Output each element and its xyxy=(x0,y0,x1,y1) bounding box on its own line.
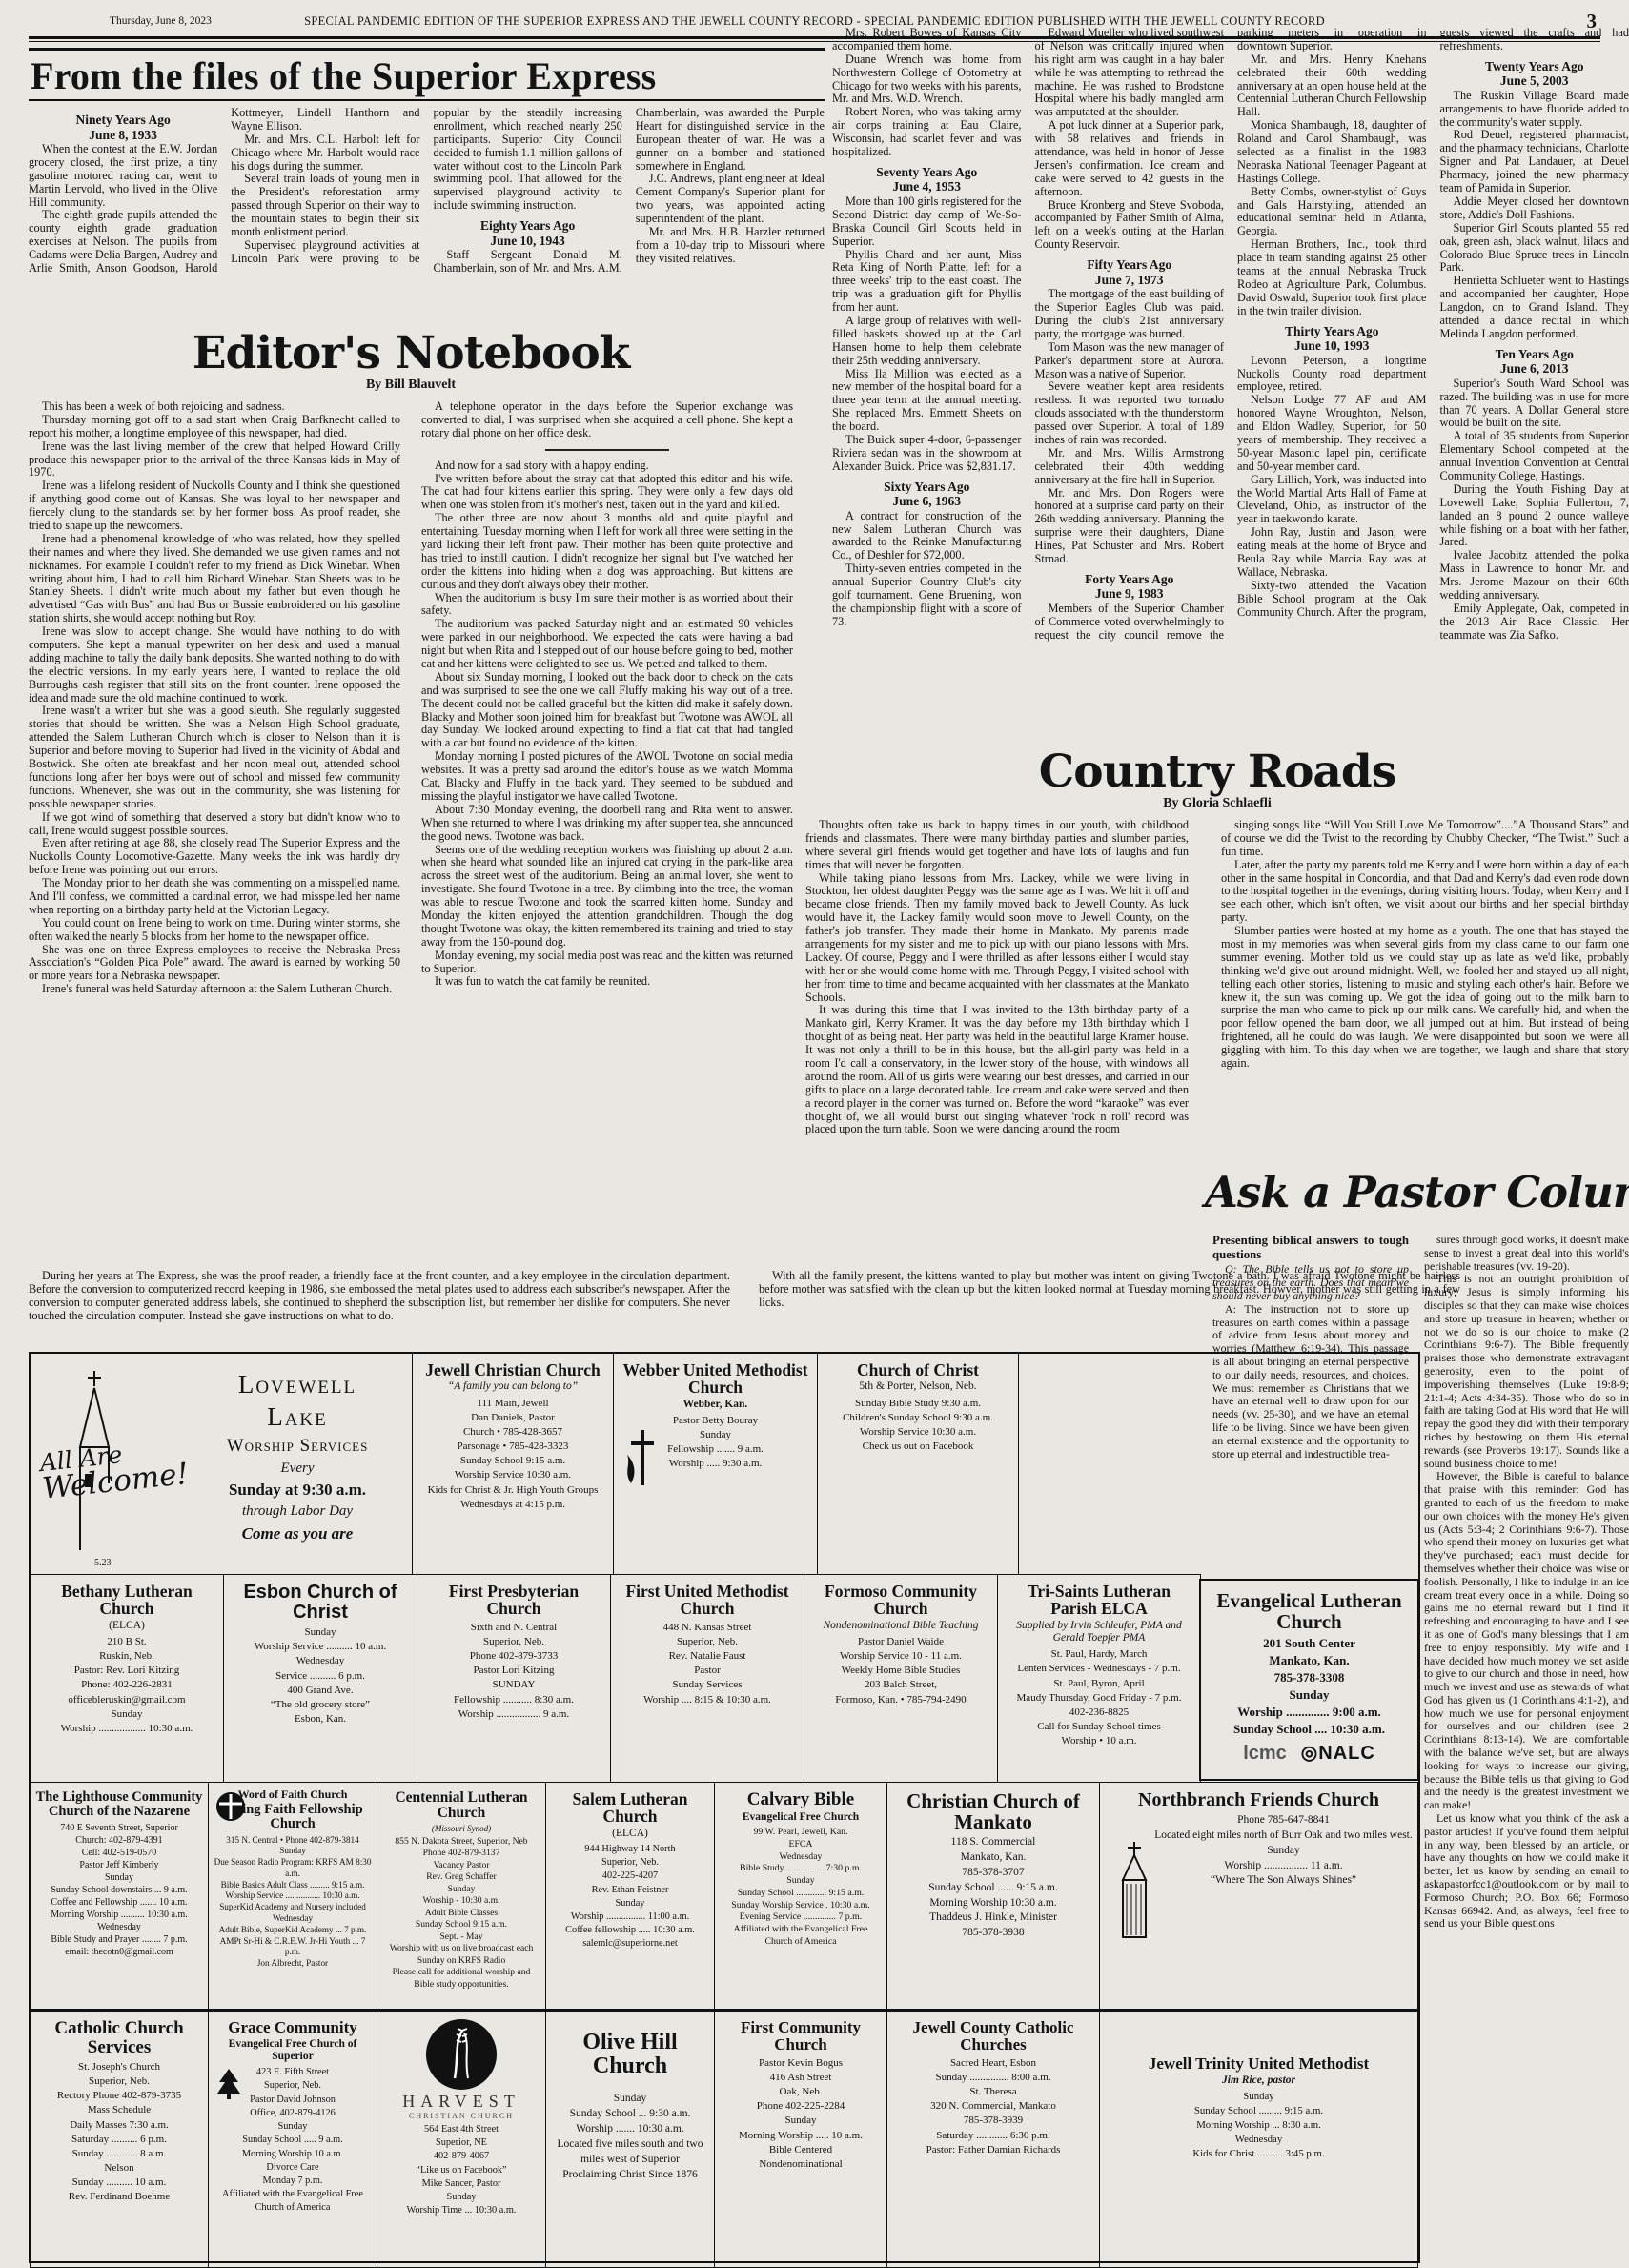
from-the-files-right-columns: Mrs. Robert Bowes of Kansas City accompa… xyxy=(832,27,1629,751)
church-ad-church-of-christ: Church of Christ 5th & Porter, Nelson, N… xyxy=(817,1353,1019,1575)
years-ago-section: Seventy Years Ago June 4, 1953 More than… xyxy=(832,165,1022,474)
church-ad-first-presbyterian: First Presbyterian Church Sixth and N. C… xyxy=(417,1574,611,1783)
church-ad-first-community: First Community Church Pastor Kevin Bogu… xyxy=(714,2011,887,2268)
years-ago-section: Twenty Years Ago June 5, 2003 The Ruskin… xyxy=(1440,59,1629,341)
ask-a-pastor-title: Ask a Pastor Column xyxy=(1205,1167,1629,1226)
years-ago-section: Fifty Years Ago June 7, 1973 The mortgag… xyxy=(1035,257,1225,566)
ask-a-pastor-column-2: sures through good works, it doesn't mak… xyxy=(1424,1234,1629,2246)
church-steeple-art: All Are Welcome! 5.23 xyxy=(35,1359,188,1570)
ad-row-2: Bethany Lutheran Church (ELCA) 210 B St.… xyxy=(31,1575,1418,1783)
from-the-files-headline: From the files of the Superior Express xyxy=(29,48,825,101)
church-directory-grid: All Are Welcome! 5.23 Lovewell Lake Wors… xyxy=(29,1352,1420,2263)
lovewell-name: Lovewell xyxy=(188,1369,407,1401)
country-roads-title: Country Roads xyxy=(805,749,1629,794)
church-ad-first-united-methodist: First United Methodist Church 448 N. Kan… xyxy=(610,1574,804,1783)
church-ad-jewell-christian: Jewell Christian Church “A family you ca… xyxy=(412,1353,614,1575)
church-ad-christian-church-mankato: Christian Church of Mankato 118 S. Comme… xyxy=(886,1782,1100,2010)
editors-notebook-article: Editor's Notebook By Bill Blauvelt This … xyxy=(29,331,793,1267)
pastor-question: Q: The Bible tells us not to store up tr… xyxy=(1212,1263,1409,1302)
church-ad-harvest-christian: HARVEST CHRISTIAN CHURCH 564 East 4th St… xyxy=(377,2011,546,2268)
section-divider-rule xyxy=(545,449,669,451)
church-building-icon xyxy=(1115,1840,1153,1950)
tree-icon xyxy=(216,2067,241,2104)
ad-row-1: All Are Welcome! 5.23 Lovewell Lake Wors… xyxy=(31,1354,1418,1575)
church-ad-jewell-trinity-umc: Jewell Trinity United Methodist Jim Rice… xyxy=(1099,2011,1418,2268)
newspaper-page: { "header": { "date": "Thursday, June 8,… xyxy=(0,0,1629,2265)
church-ad-salem-lutheran: Salem Lutheran Church (ELCA) 944 Highway… xyxy=(545,1782,715,2010)
church-ad-jewell-county-catholic: Jewell County Catholic Churches Sacred H… xyxy=(886,2011,1100,2268)
church-ad-grace-community: Grace Community Evangelical Free Church … xyxy=(208,2011,377,2268)
empty-grid-cell xyxy=(1018,1353,1418,1575)
pastor-kicker: Presenting biblical answers to tough que… xyxy=(1212,1234,1409,1261)
umc-cross-and-flame-icon xyxy=(621,1428,654,1492)
church-ad-tri-saints-lutheran: Tri-Saints Lutheran Parish ELCA Supplied… xyxy=(997,1574,1201,1783)
church-ad-lighthouse-nazarene: The Lighthouse Community Church of the N… xyxy=(30,1782,209,2010)
church-ad-bethany-lutheran: Bethany Lutheran Church (ELCA) 210 B St.… xyxy=(30,1574,224,1783)
church-ad-living-faith-fellowship: Word of Faith Church Living Faith Fellow… xyxy=(208,1782,377,2010)
church-ad-formoso-community: Formoso Community Church Nondenomination… xyxy=(804,1574,998,1783)
globe-cross-icon xyxy=(214,1790,247,1828)
from-the-files-left-columns: Ninety Years Ago June 8, 1933 When the c… xyxy=(29,107,825,318)
empty-grid-cell xyxy=(1200,1574,1418,1783)
church-ad-catholic-services: Catholic Church Services St. Joseph's Ch… xyxy=(30,2011,209,2268)
church-ad-centennial-lutheran: Centennial Lutheran Church (Missouri Syn… xyxy=(377,1782,546,2010)
church-ad-olive-hill: Olive Hill Church SundaySunday School ..… xyxy=(545,2011,715,2268)
ad-code: 5.23 xyxy=(94,1558,112,1568)
ad-row-3: The Lighthouse Community Church of the N… xyxy=(31,1783,1418,2010)
church-ad-calvary-bible: Calvary Bible Evangelical Free Church 99… xyxy=(714,1782,887,2010)
church-ad-lovewell-lake: All Are Welcome! 5.23 Lovewell Lake Wors… xyxy=(30,1353,413,1575)
church-ad-webber-umc: Webber United Methodist Church Webber, K… xyxy=(613,1353,818,1575)
from-the-files-section: From the files of the Superior Express N… xyxy=(29,48,825,324)
years-ago-section: Ten Years Ago June 6, 2013 Superior's So… xyxy=(1440,347,1629,643)
ad-row-4: Catholic Church Services St. Joseph's Ch… xyxy=(31,2010,1418,2268)
country-roads-byline: By Gloria Schlaefli xyxy=(805,796,1629,811)
wheat-logo-icon xyxy=(426,2019,497,2090)
editors-notebook-title: Editor's Notebook xyxy=(29,331,793,376)
editors-notebook-byline: By Bill Blauvelt xyxy=(29,378,793,393)
church-ad-esbon-church-of-christ: Esbon Church of Christ SundayWorship Ser… xyxy=(223,1574,417,1783)
church-ad-northbranch-friends: Northbranch Friends Church Phone 785-647… xyxy=(1099,1782,1418,2010)
years-ago-section: Mrs. Robert Bowes of Kansas City accompa… xyxy=(832,27,1022,159)
